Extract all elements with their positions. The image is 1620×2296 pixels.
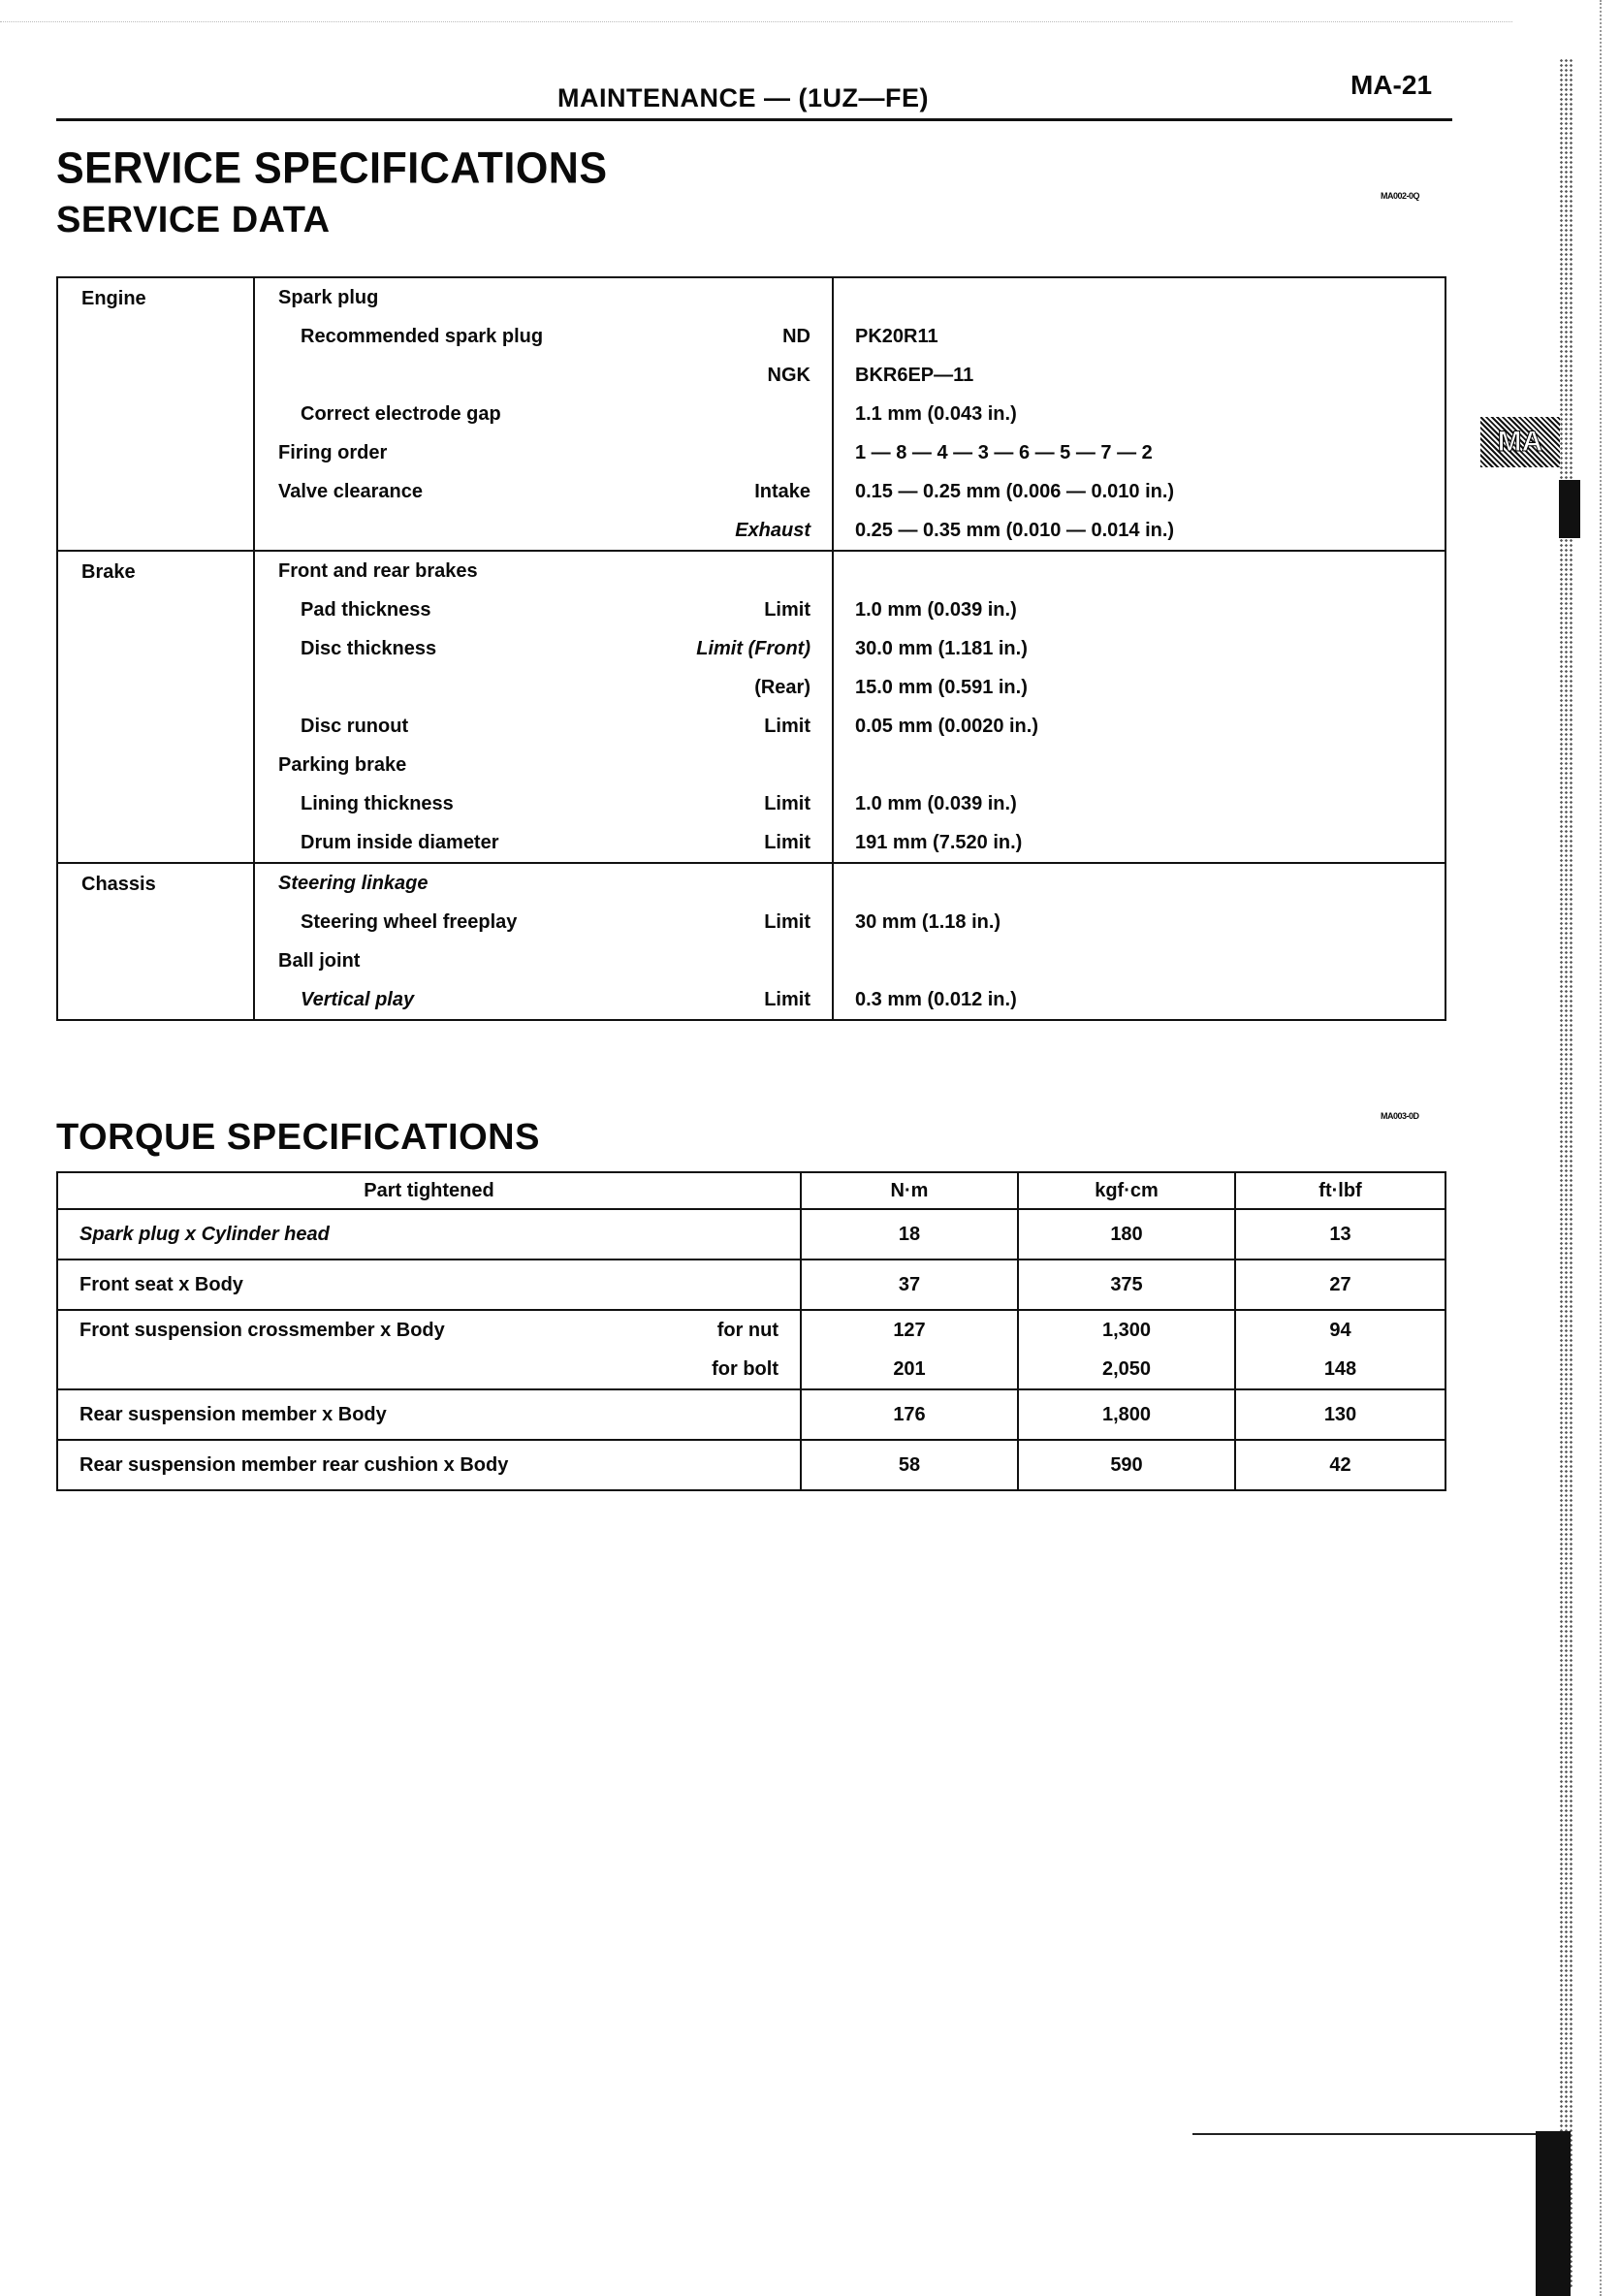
nm-cell: 176 xyxy=(801,1389,1018,1440)
ftlbf-cell: 27 xyxy=(1235,1260,1445,1310)
spec-row: Firing order xyxy=(255,433,832,472)
nm-cell: 37 xyxy=(801,1260,1018,1310)
value-column: 30 mm (1.18 in.)0.3 mm (0.012 in.) xyxy=(834,864,1445,1019)
part-cell: Front suspension crossmember x Bodyfor n… xyxy=(57,1310,801,1389)
part-cell: Front seat x Body xyxy=(57,1260,801,1310)
spec-qualifier: (Rear) xyxy=(754,668,810,707)
torque-table: Part tightened N·m kgf·cm ft·lbf Spark p… xyxy=(56,1171,1446,1491)
spec-row: Steering wheel freeplayLimit xyxy=(255,903,832,941)
torque-title: TORQUE SPECIFICATIONS xyxy=(56,1117,540,1159)
kgfcm-cell: 590 xyxy=(1018,1440,1235,1490)
spec-row: Vertical playLimit xyxy=(255,980,832,1019)
edge-block-marker xyxy=(1536,2131,1571,2296)
spec-row: Ball joint xyxy=(255,941,832,980)
spec-value: 30.0 mm (1.181 in.) xyxy=(834,629,1445,668)
torque-value: 375 xyxy=(1019,1260,1234,1309)
service-group-brake: BrakeFront and rear brakesPad thicknessL… xyxy=(58,550,1445,862)
item-column: Front and rear brakesPad thicknessLimitD… xyxy=(255,552,834,862)
torque-row: Spark plug x Cylinder head1818013 xyxy=(57,1209,1445,1260)
spec-item: Firing order xyxy=(278,442,387,463)
running-header: MAINTENANCE — (1UZ—FE) xyxy=(557,83,929,113)
spec-row: Exhaust xyxy=(255,511,832,550)
nm-cell: 18 xyxy=(801,1209,1018,1260)
service-data-table: EngineSpark plugRecommended spark plugND… xyxy=(56,276,1446,1021)
spec-row: NGK xyxy=(255,356,832,395)
spec-value: 1.0 mm (0.039 in.) xyxy=(834,784,1445,823)
ftlbf-cell: 42 xyxy=(1235,1440,1445,1490)
spec-value: 0.15 — 0.25 mm (0.006 — 0.010 in.) xyxy=(834,472,1445,511)
part-name: Rear suspension member rear cushion x Bo… xyxy=(79,1454,508,1476)
spec-qualifier: Exhaust xyxy=(735,511,810,550)
edge-tab-marker xyxy=(1559,480,1580,538)
value-column: PK20R11BKR6EP—111.1 mm (0.043 in.)1 — 8 … xyxy=(834,278,1445,550)
spec-value xyxy=(834,941,1445,980)
spec-qualifier: Limit xyxy=(764,980,810,1019)
spec-row: Valve clearanceIntake xyxy=(255,472,832,511)
torque-value: 1,800 xyxy=(1019,1390,1234,1439)
torque-value: 201 xyxy=(802,1350,1017,1388)
spec-item: Steering wheel freeplay xyxy=(301,911,517,933)
spec-qualifier: ND xyxy=(782,317,810,356)
spec-value: 191 mm (7.520 in.) xyxy=(834,823,1445,862)
spec-item: Spark plug xyxy=(278,287,378,308)
spec-value: PK20R11 xyxy=(834,317,1445,356)
spec-item: Parking brake xyxy=(278,754,406,776)
edge-halftone-strip xyxy=(1559,58,1572,2288)
spec-row: Pad thicknessLimit xyxy=(255,590,832,629)
category-label: Engine xyxy=(58,278,255,550)
section-tab: MA xyxy=(1480,417,1560,467)
subsection-title: SERVICE DATA xyxy=(56,200,331,241)
scan-right-edge xyxy=(1600,0,1602,2296)
torque-value: 18 xyxy=(802,1210,1017,1259)
spec-qualifier: Limit xyxy=(764,903,810,941)
col-part: Part tightened xyxy=(57,1172,801,1209)
spec-item: Disc thickness xyxy=(301,638,436,659)
part-name: Front suspension crossmember x Body xyxy=(79,1320,445,1341)
spec-qualifier: Limit (Front) xyxy=(696,629,810,668)
torque-value: 127 xyxy=(802,1311,1017,1350)
torque-value: 13 xyxy=(1236,1210,1445,1259)
torque-value: 1,300 xyxy=(1019,1311,1234,1350)
page-number: MA-21 xyxy=(1350,70,1432,101)
torque-header-row: Part tightened N·m kgf·cm ft·lbf xyxy=(57,1172,1445,1209)
spec-item: Lining thickness xyxy=(301,793,454,814)
spec-qualifier: NGK xyxy=(768,356,810,395)
spec-row: Disc thicknessLimit (Front) xyxy=(255,629,832,668)
ftlbf-cell: 94148 xyxy=(1235,1310,1445,1389)
header-rule xyxy=(56,118,1452,121)
nm-cell: 127201 xyxy=(801,1310,1018,1389)
spec-row: Front and rear brakes xyxy=(255,552,832,590)
ftlbf-cell: 13 xyxy=(1235,1209,1445,1260)
spec-item: Pad thickness xyxy=(301,599,431,621)
spec-value: 0.25 — 0.35 mm (0.010 — 0.014 in.) xyxy=(834,511,1445,550)
spec-value: 30 mm (1.18 in.) xyxy=(834,903,1445,941)
spec-value xyxy=(834,746,1445,784)
reference-code: MA002-0Q xyxy=(1381,191,1419,201)
item-column: Steering linkageSteering wheel freeplayL… xyxy=(255,864,834,1019)
spec-item: Disc runout xyxy=(301,716,408,737)
col-ftlbf: ft·lbf xyxy=(1235,1172,1445,1209)
scan-dotted-edge xyxy=(0,21,1512,22)
nm-cell: 58 xyxy=(801,1440,1018,1490)
torque-row: Front suspension crossmember x Bodyfor n… xyxy=(57,1310,1445,1389)
reference-code: MA003-0D xyxy=(1381,1111,1419,1121)
spec-row: Recommended spark plugND xyxy=(255,317,832,356)
spec-item: Ball joint xyxy=(278,950,360,972)
spec-value: 1 — 8 — 4 — 3 — 6 — 5 — 7 — 2 xyxy=(834,433,1445,472)
torque-value: 148 xyxy=(1236,1350,1445,1388)
spec-row: Steering linkage xyxy=(255,864,832,903)
spec-row: Disc runoutLimit xyxy=(255,707,832,746)
torque-row: Rear suspension member x Body1761,800130 xyxy=(57,1389,1445,1440)
spec-row: Correct electrode gap xyxy=(255,395,832,433)
part-cell: Spark plug x Cylinder head xyxy=(57,1209,801,1260)
spec-item: Vertical play xyxy=(301,989,414,1010)
service-group-engine: EngineSpark plugRecommended spark plugND… xyxy=(58,278,1445,550)
spec-value xyxy=(834,552,1445,590)
spec-row: Spark plug xyxy=(255,278,832,317)
spec-qualifier: Limit xyxy=(764,823,810,862)
spec-value: 1.0 mm (0.039 in.) xyxy=(834,590,1445,629)
spec-item: Valve clearance xyxy=(278,481,423,502)
part-name: Rear suspension member x Body xyxy=(79,1404,387,1425)
torque-value: 42 xyxy=(1236,1441,1445,1489)
part-cell: Rear suspension member rear cushion x Bo… xyxy=(57,1440,801,1490)
spec-item: Recommended spark plug xyxy=(301,326,543,347)
spec-row: Lining thicknessLimit xyxy=(255,784,832,823)
col-nm: N·m xyxy=(801,1172,1018,1209)
spec-value xyxy=(834,278,1445,317)
spec-item: Front and rear brakes xyxy=(278,560,478,582)
spec-item: Correct electrode gap xyxy=(301,403,501,425)
spec-value: 0.05 mm (0.0020 in.) xyxy=(834,707,1445,746)
spec-qualifier: Limit xyxy=(764,590,810,629)
spec-value: 1.1 mm (0.043 in.) xyxy=(834,395,1445,433)
torque-value: 94 xyxy=(1236,1311,1445,1350)
torque-value: 37 xyxy=(802,1260,1017,1309)
torque-value: 130 xyxy=(1236,1390,1445,1439)
torque-value: 590 xyxy=(1019,1441,1234,1489)
spec-qualifier: Intake xyxy=(754,472,810,511)
spec-qualifier: Limit xyxy=(764,784,810,823)
spec-value: 15.0 mm (0.591 in.) xyxy=(834,668,1445,707)
torque-value: 180 xyxy=(1019,1210,1234,1259)
torque-value: 2,050 xyxy=(1019,1350,1234,1388)
kgfcm-cell: 1,3002,050 xyxy=(1018,1310,1235,1389)
torque-row: Rear suspension member rear cushion x Bo… xyxy=(57,1440,1445,1490)
spec-qualifier: Limit xyxy=(764,707,810,746)
spec-row: Parking brake xyxy=(255,746,832,784)
spec-item: Steering linkage xyxy=(278,873,429,894)
spec-item: Drum inside diameter xyxy=(301,832,499,853)
spec-row: Drum inside diameterLimit xyxy=(255,823,832,862)
torque-value: 27 xyxy=(1236,1260,1445,1309)
service-group-chassis: ChassisSteering linkageSteering wheel fr… xyxy=(58,862,1445,1019)
part-name: Spark plug x Cylinder head xyxy=(79,1224,330,1245)
item-column: Spark plugRecommended spark plugNDNGKCor… xyxy=(255,278,834,550)
bottom-rule xyxy=(1192,2133,1566,2135)
kgfcm-cell: 180 xyxy=(1018,1209,1235,1260)
part-qualifier: for nut xyxy=(717,1311,778,1350)
category-label: Chassis xyxy=(58,864,255,1019)
torque-value: 176 xyxy=(802,1390,1017,1439)
spec-value: 0.3 mm (0.012 in.) xyxy=(834,980,1445,1019)
value-column: 1.0 mm (0.039 in.)30.0 mm (1.181 in.)15.… xyxy=(834,552,1445,862)
ftlbf-cell: 130 xyxy=(1235,1389,1445,1440)
category-label: Brake xyxy=(58,552,255,862)
torque-row: Front seat x Body3737527 xyxy=(57,1260,1445,1310)
torque-value: 58 xyxy=(802,1441,1017,1489)
spec-row: (Rear) xyxy=(255,668,832,707)
part-qualifier: for bolt xyxy=(712,1350,778,1388)
spec-value xyxy=(834,864,1445,903)
part-cell: Rear suspension member x Body xyxy=(57,1389,801,1440)
kgfcm-cell: 1,800 xyxy=(1018,1389,1235,1440)
spec-value: BKR6EP—11 xyxy=(834,356,1445,395)
kgfcm-cell: 375 xyxy=(1018,1260,1235,1310)
section-title: SERVICE SPECIFICATIONS xyxy=(56,144,608,194)
col-kgfcm: kgf·cm xyxy=(1018,1172,1235,1209)
part-name: Front seat x Body xyxy=(79,1274,243,1295)
